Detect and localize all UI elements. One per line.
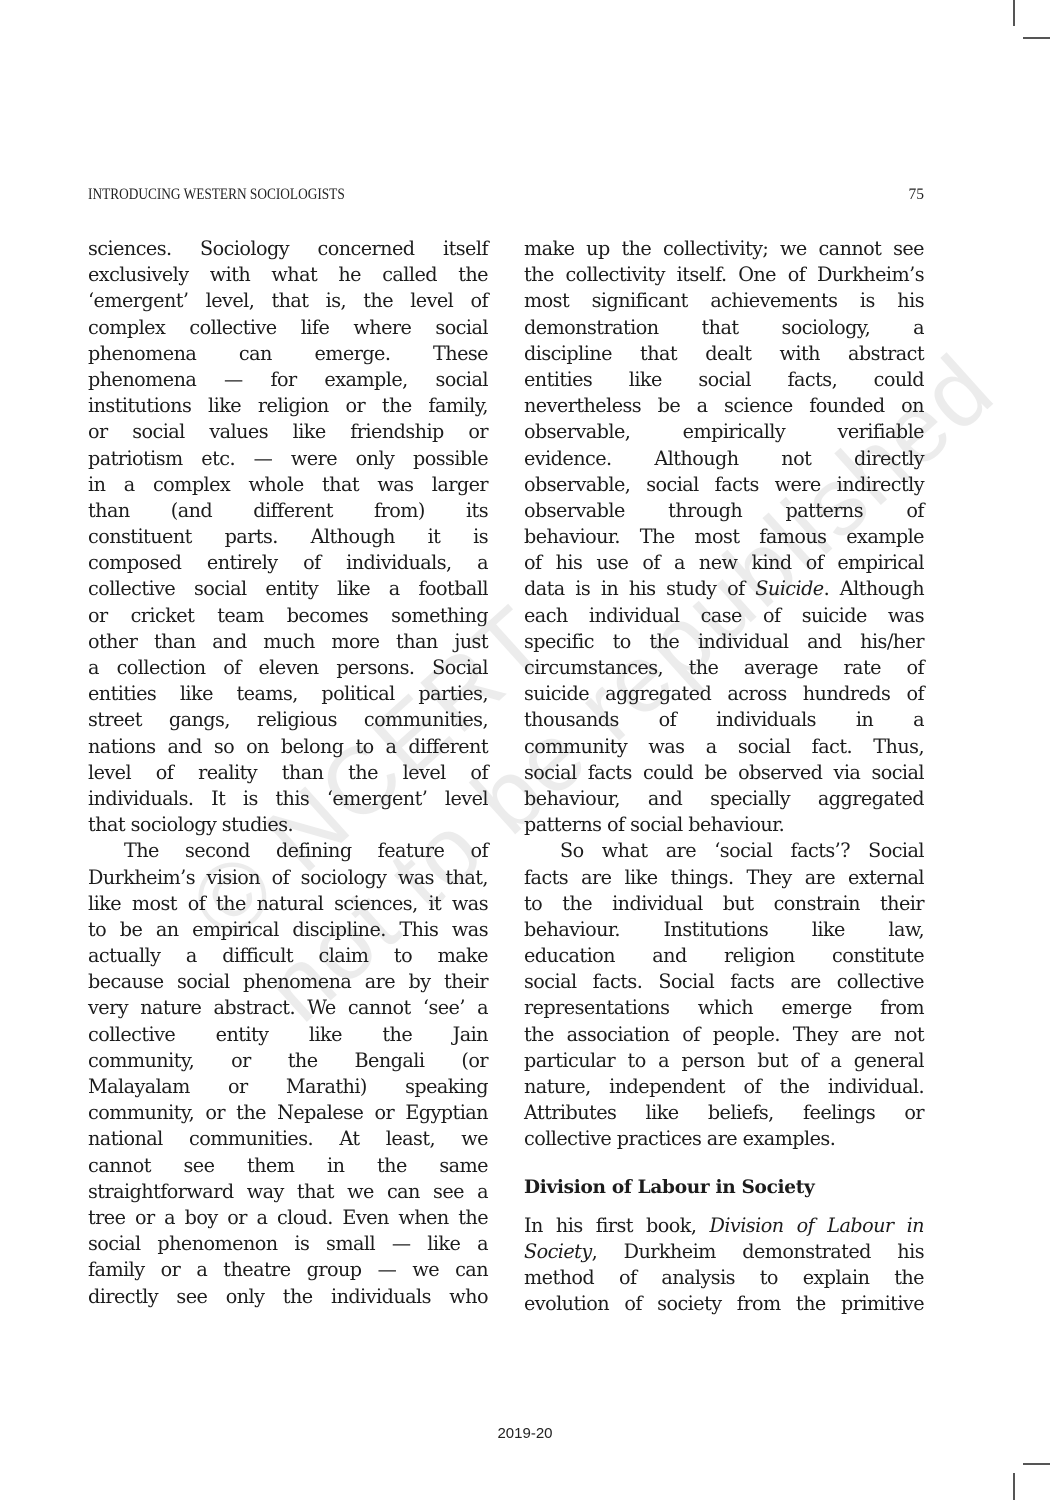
- paragraph-start-line: The second defining feature of: [88, 838, 488, 864]
- text-line: facts are like things. They are external: [524, 865, 924, 891]
- text-line: a collection of eleven persons. Social: [88, 655, 488, 681]
- text-line: to the individual but constrain their: [524, 891, 924, 917]
- crop-mark-bottom-vertical: [1013, 1473, 1015, 1500]
- text-line: national communities. At least, we: [88, 1126, 488, 1152]
- page-number: 75: [909, 186, 925, 204]
- text-line: the collectivity itself. One of Durkheim…: [524, 262, 924, 288]
- text-line: observable through patterns of: [524, 498, 924, 524]
- footer-year: 2019-20: [0, 1425, 1050, 1442]
- text-line: representations which emerge from: [524, 995, 924, 1021]
- text-line: or social values like friendship or: [88, 419, 488, 445]
- text-line: Durkheim’s vision of sociology was that,: [88, 865, 488, 891]
- text-line: behaviour. The most famous example: [524, 524, 924, 550]
- crop-mark-top-horizontal: [1023, 37, 1050, 39]
- right-column: make up the collectivity; we cannot see …: [524, 236, 924, 1317]
- text-line: behaviour. Institutions like law,: [524, 917, 924, 943]
- text-line: ‘emergent’ level, that is, the level of: [88, 288, 488, 314]
- text-line: most significant achievements is his: [524, 288, 924, 314]
- text-line: discipline that dealt with abstract: [524, 341, 924, 367]
- text-line: nevertheless be a science founded on: [524, 393, 924, 419]
- text-line: level of reality than the level of: [88, 760, 488, 786]
- text-line: suicide aggregated across hundreds of: [524, 681, 924, 707]
- text-line: demonstration that sociology, a: [524, 315, 924, 341]
- text-line: tree or a boy or a cloud. Even when the: [88, 1205, 488, 1231]
- text-line-with-italic: data is in his study of Suicide. Althoug…: [524, 576, 924, 602]
- text-line: constituent parts. Although it is: [88, 524, 488, 550]
- text-line: or cricket team becomes something: [88, 603, 488, 629]
- text-line: in a complex whole that was larger: [88, 472, 488, 498]
- text-line: each individual case of suicide was: [524, 603, 924, 629]
- book-title-division-of-labour: Division of Labour in: [710, 1214, 924, 1237]
- text-line: nations and so on belong to a different: [88, 734, 488, 760]
- text-line: specific to the individual and his/her: [524, 629, 924, 655]
- text-line: collective social entity like a football: [88, 576, 488, 602]
- text-line: other than and much more than just: [88, 629, 488, 655]
- document-page: © NCERT not to be republished INTRODUCIN…: [0, 0, 1050, 1500]
- text-line: evidence. Although not directly: [524, 446, 924, 472]
- text-line: because social phenomena are by their: [88, 969, 488, 995]
- text-line: circumstances, the average rate of: [524, 655, 924, 681]
- text-line: family or a theatre group — we can: [88, 1257, 488, 1283]
- text-line: sciences. Sociology concerned itself: [88, 236, 488, 262]
- text-line: actually a difficult claim to make: [88, 943, 488, 969]
- text-line: than (and different from) its: [88, 498, 488, 524]
- text-run: In his first book,: [524, 1214, 710, 1237]
- text-line: particular to a person but of a general: [524, 1048, 924, 1074]
- text-line: like most of the natural sciences, it wa…: [88, 891, 488, 917]
- text-line: collective entity like the Jain: [88, 1022, 488, 1048]
- paragraph-start-line: So what are ‘social facts’? Social: [524, 838, 924, 864]
- text-line: method of analysis to explain the: [524, 1265, 924, 1291]
- text-line: observable, social facts were indirectly: [524, 472, 924, 498]
- text-line: individuals. It is this ‘emergent’ level: [88, 786, 488, 812]
- text-line: patriotism etc. — were only possible: [88, 446, 488, 472]
- left-column: sciences. Sociology concerned itself exc…: [88, 236, 488, 1310]
- section-heading: Division of Labour in Society: [524, 1175, 924, 1201]
- text-line: the association of people. They are not: [524, 1022, 924, 1048]
- text-line: social facts. Social facts are collectiv…: [524, 969, 924, 995]
- text-line: social phenomenon is small — like a: [88, 1231, 488, 1257]
- text-line: institutions like religion or the family…: [88, 393, 488, 419]
- text-run: . Although: [824, 577, 924, 600]
- text-line: entities like teams, political parties,: [88, 681, 488, 707]
- text-line-with-italic: In his first book, Division of Labour in: [524, 1213, 924, 1239]
- text-line: thousands of individuals in a: [524, 707, 924, 733]
- text-line: Attributes like beliefs, feelings or: [524, 1100, 924, 1126]
- text-line: to be an empirical discipline. This was: [88, 917, 488, 943]
- text-line: phenomena — for example, social: [88, 367, 488, 393]
- text-line: nature, independent of the individual.: [524, 1074, 924, 1100]
- text-line: directly see only the individuals who: [88, 1284, 488, 1310]
- text-line: evolution of society from the primitive: [524, 1291, 924, 1317]
- text-line: observable, empirically verifiable: [524, 419, 924, 445]
- text-line: straightforward way that we can see a: [88, 1179, 488, 1205]
- text-line: behaviour, and specially aggregated: [524, 786, 924, 812]
- text-line: patterns of social behaviour.: [524, 812, 924, 838]
- book-title-society: Society: [524, 1240, 592, 1263]
- book-title-suicide: Suicide: [755, 577, 823, 600]
- text-line: social facts could be observed via socia…: [524, 760, 924, 786]
- text-line: education and religion constitute: [524, 943, 924, 969]
- text-line: complex collective life where social: [88, 315, 488, 341]
- text-run: data is in his study of: [524, 577, 755, 600]
- text-line: that sociology studies.: [88, 812, 488, 838]
- text-line: street gangs, religious communities,: [88, 707, 488, 733]
- text-line: phenomena can emerge. These: [88, 341, 488, 367]
- text-line: of his use of a new kind of empirical: [524, 550, 924, 576]
- crop-mark-top-vertical: [1013, 0, 1015, 26]
- text-run: , Durkheim demonstrated his: [592, 1240, 924, 1263]
- text-line: exclusively with what he called the: [88, 262, 488, 288]
- text-line: community was a social fact. Thus,: [524, 734, 924, 760]
- text-line: make up the collectivity; we cannot see: [524, 236, 924, 262]
- text-line: composed entirely of individuals, a: [88, 550, 488, 576]
- text-line: Malayalam or Marathi) speaking: [88, 1074, 488, 1100]
- text-line-with-italic: Society, Durkheim demonstrated his: [524, 1239, 924, 1265]
- text-line: very nature abstract. We cannot ‘see’ a: [88, 995, 488, 1021]
- running-title: INTRODUCING WESTERN SOCIOLOGISTS: [88, 186, 345, 204]
- text-line: community, or the Nepalese or Egyptian: [88, 1100, 488, 1126]
- text-line: community, or the Bengali (or: [88, 1048, 488, 1074]
- text-line: entities like social facts, could: [524, 367, 924, 393]
- text-line: cannot see them in the same: [88, 1153, 488, 1179]
- text-line: collective practices are examples.: [524, 1126, 924, 1152]
- crop-mark-bottom-horizontal: [1023, 1463, 1050, 1465]
